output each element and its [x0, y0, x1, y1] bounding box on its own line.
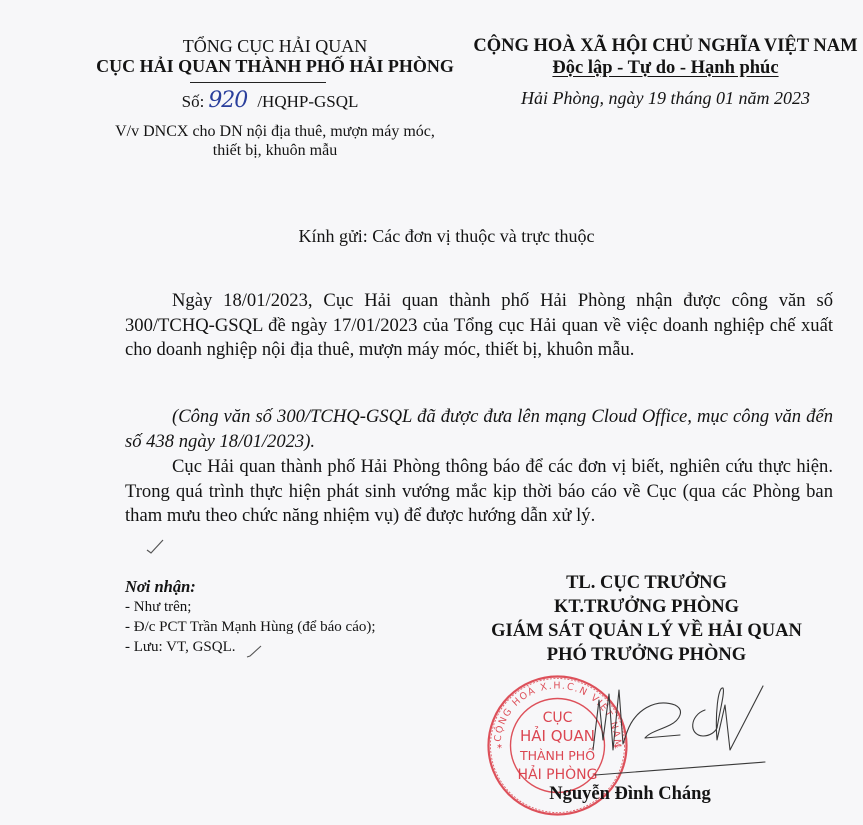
handwritten-number: 920 — [208, 88, 247, 113]
subject-line-1: V/v DNCX cho DN nội địa thuê, mượn máy m… — [62, 123, 488, 141]
tick-mark-icon — [246, 643, 262, 659]
svg-text:*: * — [497, 743, 502, 754]
country-name: CỘNG HOÀ XÃ HỘI CHỦ NGHĨA VIỆT NAM — [468, 36, 863, 57]
recipient-item: - Như trên; — [125, 599, 191, 616]
body-paragraph-2: (Công văn số 300/TCHQ-GSQL đã được đưa l… — [125, 405, 833, 454]
svg-text:THÀNH PHỐ: THÀNH PHỐ — [519, 747, 595, 763]
svg-text:CỤC: CỤC — [543, 710, 573, 726]
document-number: Số:920/HQHP-GSQL — [120, 88, 420, 113]
national-motto: Độc lập - Tự do - Hạnh phúc — [468, 58, 863, 79]
salutation: Kính gửi: Các đơn vị thuộc và trực thuộc — [0, 226, 863, 247]
recipient-item: - Đ/c PCT Trần Mạnh Hùng (để báo cáo); — [125, 619, 376, 636]
signature-title-line: TL. CỤC TRƯỞNG — [430, 573, 863, 594]
signature-title-line: KT.TRƯỞNG PHÒNG — [430, 597, 863, 618]
svg-text:HẢI QUAN: HẢI QUAN — [520, 725, 595, 745]
place-date: Hải Phòng, ngày 19 tháng 01 năm 2023 — [468, 88, 863, 109]
signature-title-line: GIÁM SÁT QUẢN LÝ VỀ HẢI QUAN — [430, 621, 863, 642]
signature-title-line: PHÓ TRƯỞNG PHÒNG — [430, 645, 863, 666]
body-paragraph-3: Cục Hải quan thành phố Hải Phòng thông b… — [125, 455, 833, 529]
department-underline — [190, 82, 326, 83]
body-paragraph-1: Ngày 18/01/2023, Cục Hải quan thành phố … — [125, 289, 833, 363]
handwritten-signature-icon — [585, 680, 795, 780]
tick-mark-icon — [145, 538, 165, 554]
subject-line-2: thiết bị, khuôn mẫu — [62, 142, 488, 160]
number-suffix: /HQHP-GSQL — [257, 92, 358, 111]
signer-name: Nguyễn Đình Cháng — [450, 784, 810, 805]
number-label: Số: — [182, 92, 205, 111]
recipients-title: Nơi nhận: — [125, 577, 196, 597]
department-name: CỤC HẢI QUAN THÀNH PHỐ HẢI PHÒNG — [62, 56, 488, 77]
recipient-item: - Lưu: VT, GSQL. — [125, 639, 236, 656]
agency-name: TỔNG CỤC HẢI QUAN — [140, 36, 410, 57]
